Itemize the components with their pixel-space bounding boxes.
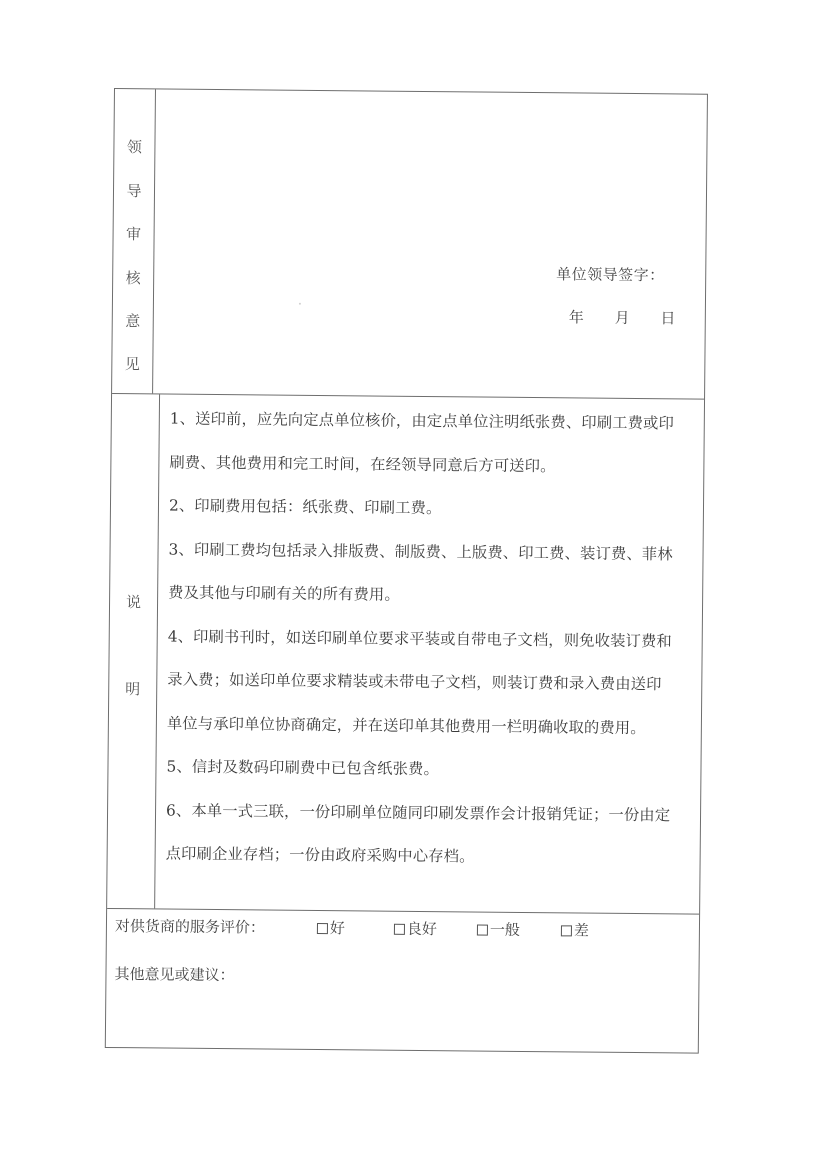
option-poor[interactable]: 差 [561,919,589,940]
form-table: 领 导 审 核 意 见 单位领导签字： 年 月 日 说 明 [105,88,708,1054]
option-fairly-good[interactable]: 良好 [394,918,437,939]
note-line: 录入费；如送印单位要求精装或未带电子文档，则装订费和录入费由送印 [167,659,693,708]
other-comments-field[interactable] [114,987,690,1047]
note-line: 3、印刷工费均包括录入排版费、制版费、上版费、印工费、装订费、菲林 [168,528,694,577]
note-line: 费及其他与印刷有关的所有费用。 [168,572,694,621]
label-char: 核 [113,267,153,288]
evaluation-label: 对供货商的服务评价： [115,915,265,937]
signature-label: 单位领导签字： [556,263,665,285]
checkbox-icon[interactable] [394,924,405,935]
note-line: 4、印刷书刊时，如送印刷单位要求平装或自带电子文档，则免收装订费和 [168,615,694,664]
label-char: 导 [114,180,154,201]
label-char: 审 [114,223,154,244]
notes-content: 1、送印前，应先向定点单位核价，由定点单位注明纸张费、印刷工费或印 刷费、其他费… [155,394,704,913]
note-line: 单位与承印单位协商确定，并在送印单其他费用一栏明确收取的费用。 [167,702,693,751]
label-char: 意 [113,310,153,331]
note-line: 5、信封及数码印刷费中已包含纸张费。 [166,746,692,795]
option-good[interactable]: 好 [317,917,345,938]
note-line: 点印刷企业存档；一份由政府采购中心存档。 [165,833,691,882]
other-comments-label: 其他意见或建议： [114,963,234,985]
note-line: 刷费、其他费用和完工时间，在经领导同意后方可送印。 [169,441,695,490]
date-year: 年 [569,308,584,326]
option-label: 良好 [407,920,437,938]
note-line: 6、本单一式三联，一份印刷单位随同印刷发票作会计报销凭证；一份由定 [166,789,692,838]
signature-date[interactable]: 年 月 日 [569,306,702,328]
label-char: 见 [112,353,152,374]
scan-speck [299,303,301,305]
date-month: 月 [615,309,630,327]
date-day: 日 [660,309,675,327]
checkbox-icon[interactable] [317,923,328,934]
note-line: 1、送印前，应先向定点单位核价，由定点单位注明纸张费、印刷工费或印 [170,398,696,447]
evaluation-row: 对供货商的服务评价： 好 良好 一般 差 其他意见或建议： [106,909,699,1053]
option-label: 一般 [490,921,520,939]
checkbox-icon[interactable] [561,925,572,936]
leader-review-field[interactable]: 单位领导签字： 年 月 日 [153,89,707,398]
label-char: 明 [109,678,156,699]
note-line: 2、印刷费用包括：纸张费、印刷工费。 [169,485,695,534]
option-label: 好 [330,919,345,937]
notes-row: 说 明 1、送印前，应先向定点单位核价，由定点单位注明纸张费、印刷工费或印 刷费… [107,394,704,915]
option-label: 差 [574,921,589,939]
form-page: 领 导 审 核 意 见 单位领导签字： 年 月 日 说 明 [0,0,826,1167]
option-average[interactable]: 一般 [477,919,520,940]
leader-review-row: 领 导 审 核 意 见 单位领导签字： 年 月 日 [112,89,707,400]
notes-label: 说 明 [107,394,160,908]
leader-review-label: 领 导 审 核 意 见 [112,89,156,393]
label-char: 说 [110,591,157,612]
label-char: 领 [114,136,154,157]
checkbox-icon[interactable] [477,925,488,936]
